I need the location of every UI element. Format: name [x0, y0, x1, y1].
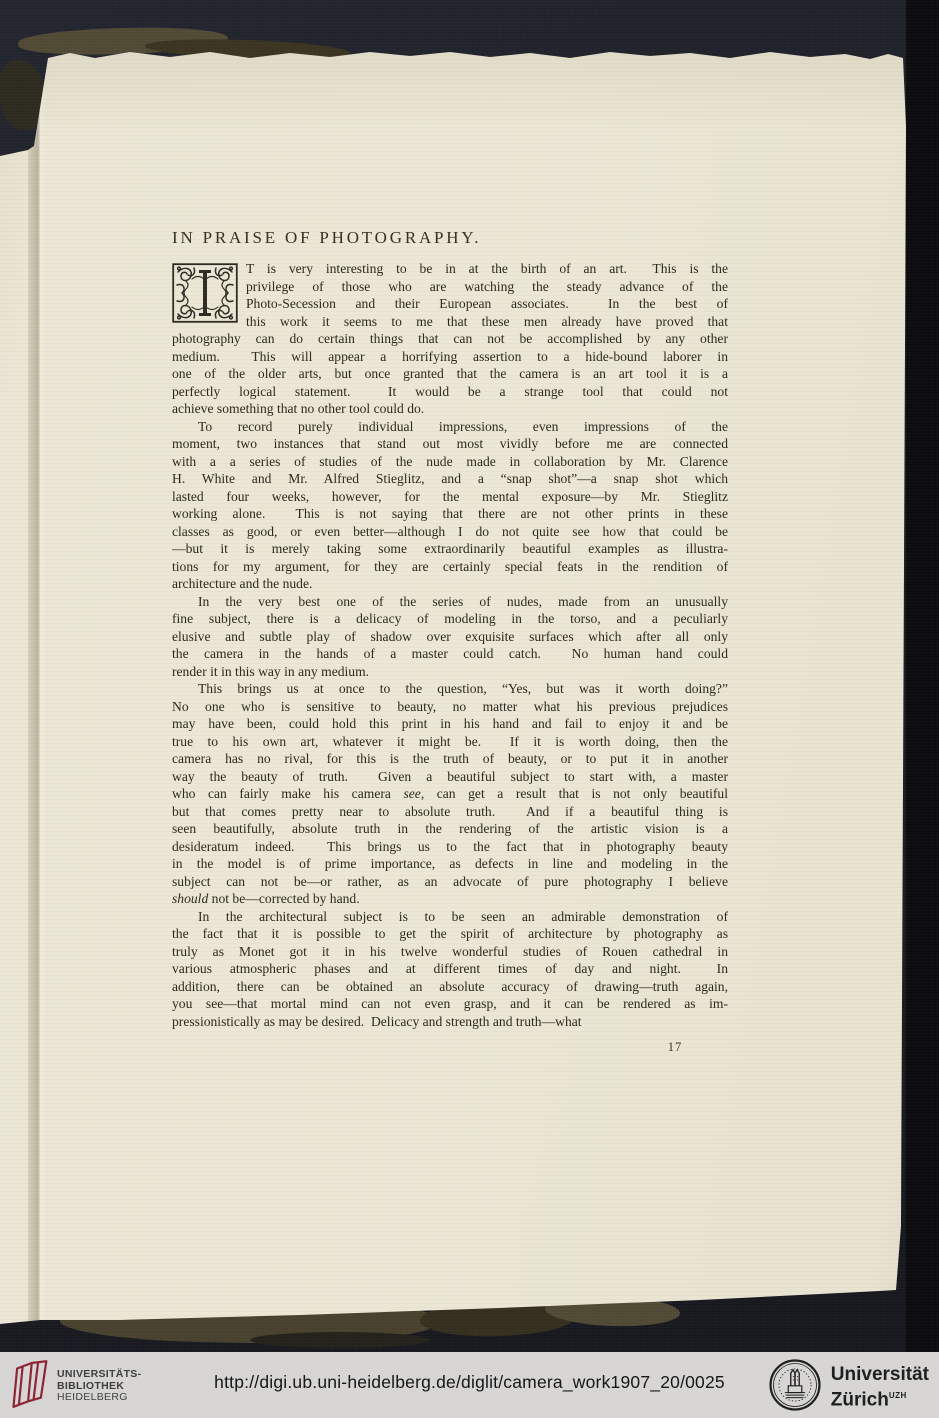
text-line: classes as good, or even better—although… — [172, 523, 728, 541]
digitization-url: http://digi.ub.uni-heidelberg.de/diglit/… — [214, 1372, 725, 1393]
text-line: you see—that mortal mind can not even gr… — [172, 995, 728, 1013]
text-line: this work it seems to me that these men … — [246, 313, 728, 331]
text-line: various atmospheric phases and at differ… — [172, 960, 728, 978]
page-gutter-crease — [28, 46, 46, 1324]
text-line: with a a series of studies of the nude m… — [172, 453, 728, 471]
text-line: In the architectural subject is to be se… — [172, 908, 728, 926]
text-line: may have been, could hold this print in … — [172, 715, 728, 733]
text-line: seen beautifully, absolute truth in the … — [172, 820, 728, 838]
heidelberg-book-icon — [8, 1358, 50, 1415]
uzh-name-line2: ZürichUZH — [831, 1385, 929, 1410]
text-line: pressionistically as may be desired. Del… — [172, 1013, 728, 1031]
text-line: fine subject, there is a delicacy of mod… — [172, 610, 728, 628]
uzh-name: Universität ZürichUZH — [831, 1364, 929, 1410]
text-line: —but it is merely taking some extraordin… — [172, 540, 728, 558]
screenshot-root: IN PRAISE OF PHOTOGRAPHY. — [0, 0, 939, 1418]
text-line: architecture and the nude. — [172, 575, 728, 593]
text-line: should not be—corrected by hand. — [172, 890, 728, 908]
book-page: IN PRAISE OF PHOTOGRAPHY. — [0, 46, 910, 1324]
tape-remnant-bottom-4 — [250, 1332, 430, 1348]
text-line: truly as Monet got it in his twelve wond… — [172, 943, 728, 961]
text-line: working alone. This is not saying that t… — [172, 505, 728, 523]
uzh-seal-icon — [768, 1358, 822, 1417]
text-line: addition, there can be obtained an absol… — [172, 978, 728, 996]
text-line: To record purely individual impressions,… — [172, 418, 728, 436]
text-line: Photo-Secession and their European assoc… — [246, 295, 728, 313]
text-line: who can fairly make his camera see, can … — [172, 785, 728, 803]
scanner-backdrop-strip — [906, 0, 939, 1352]
page-top-shading — [0, 46, 910, 166]
text-line: This brings us at once to the question, … — [172, 680, 728, 698]
library-name-line3: HEIDELBERG — [57, 1392, 141, 1404]
uzh-sup: UZH — [889, 1391, 907, 1400]
footer-bar: UNIVERSITÄTS- BIBLIOTHEK HEIDELBERG http… — [0, 1352, 939, 1418]
text-line: in the model is of prime importance, as … — [172, 855, 728, 873]
library-name: UNIVERSITÄTS- BIBLIOTHEK HEIDELBERG — [57, 1369, 141, 1404]
page-heading: IN PRAISE OF PHOTOGRAPHY. — [172, 228, 481, 248]
text-line: but that comes pretty near to absolute t… — [172, 803, 728, 821]
text-line: render it in this way in any medium. — [172, 663, 728, 681]
text-line: desideratum indeed. This brings us to th… — [172, 838, 728, 856]
text-line: privilege of those who are watching the … — [246, 278, 728, 296]
text-block: T is very interesting to be in at the bi… — [172, 260, 728, 1030]
page-number: 17 — [655, 1040, 695, 1055]
text-line: perfectly logical statement. It would be… — [172, 383, 728, 401]
text-line: achieve something that no other tool cou… — [172, 400, 728, 418]
text-line: subject can not be—or rather, as an advo… — [172, 873, 728, 891]
text-line: lasted four weeks, however, for the ment… — [172, 488, 728, 506]
text-line: the camera in the hands of a master coul… — [172, 645, 728, 663]
text-line: way the beauty of truth. Given a beautif… — [172, 768, 728, 786]
text-line: camera has no rival, for this is the tru… — [172, 750, 728, 768]
text-line: T is very interesting to be in at the bi… — [246, 260, 728, 278]
text-line: true to his own art, whatever it might b… — [172, 733, 728, 751]
text-line: one of the older arts, but once granted … — [172, 365, 728, 383]
text-line: photography can do certain things that c… — [172, 330, 728, 348]
text-line: moment, two instances that stand out mos… — [172, 435, 728, 453]
text-line: In the very best one of the series of nu… — [172, 593, 728, 611]
heidelberg-library-logo: UNIVERSITÄTS- BIBLIOTHEK HEIDELBERG — [8, 1358, 141, 1415]
text-line: the fact that it is possible to get the … — [172, 925, 728, 943]
uzh-name-line1: Universität — [831, 1364, 929, 1385]
text-line: tions for my argument, for they are cert… — [172, 558, 728, 576]
uzh-logo: Universität ZürichUZH — [768, 1358, 929, 1417]
text-line: H. White and Mr. Alfred Stieglitz, and a… — [172, 470, 728, 488]
text-line: No one who is sensitive to beauty, no ma… — [172, 698, 728, 716]
drop-cap-ornament-icon — [172, 263, 238, 323]
text-line: elusive and subtle play of shadow over e… — [172, 628, 728, 646]
text-line: medium. This will appear a horrifying as… — [172, 348, 728, 366]
